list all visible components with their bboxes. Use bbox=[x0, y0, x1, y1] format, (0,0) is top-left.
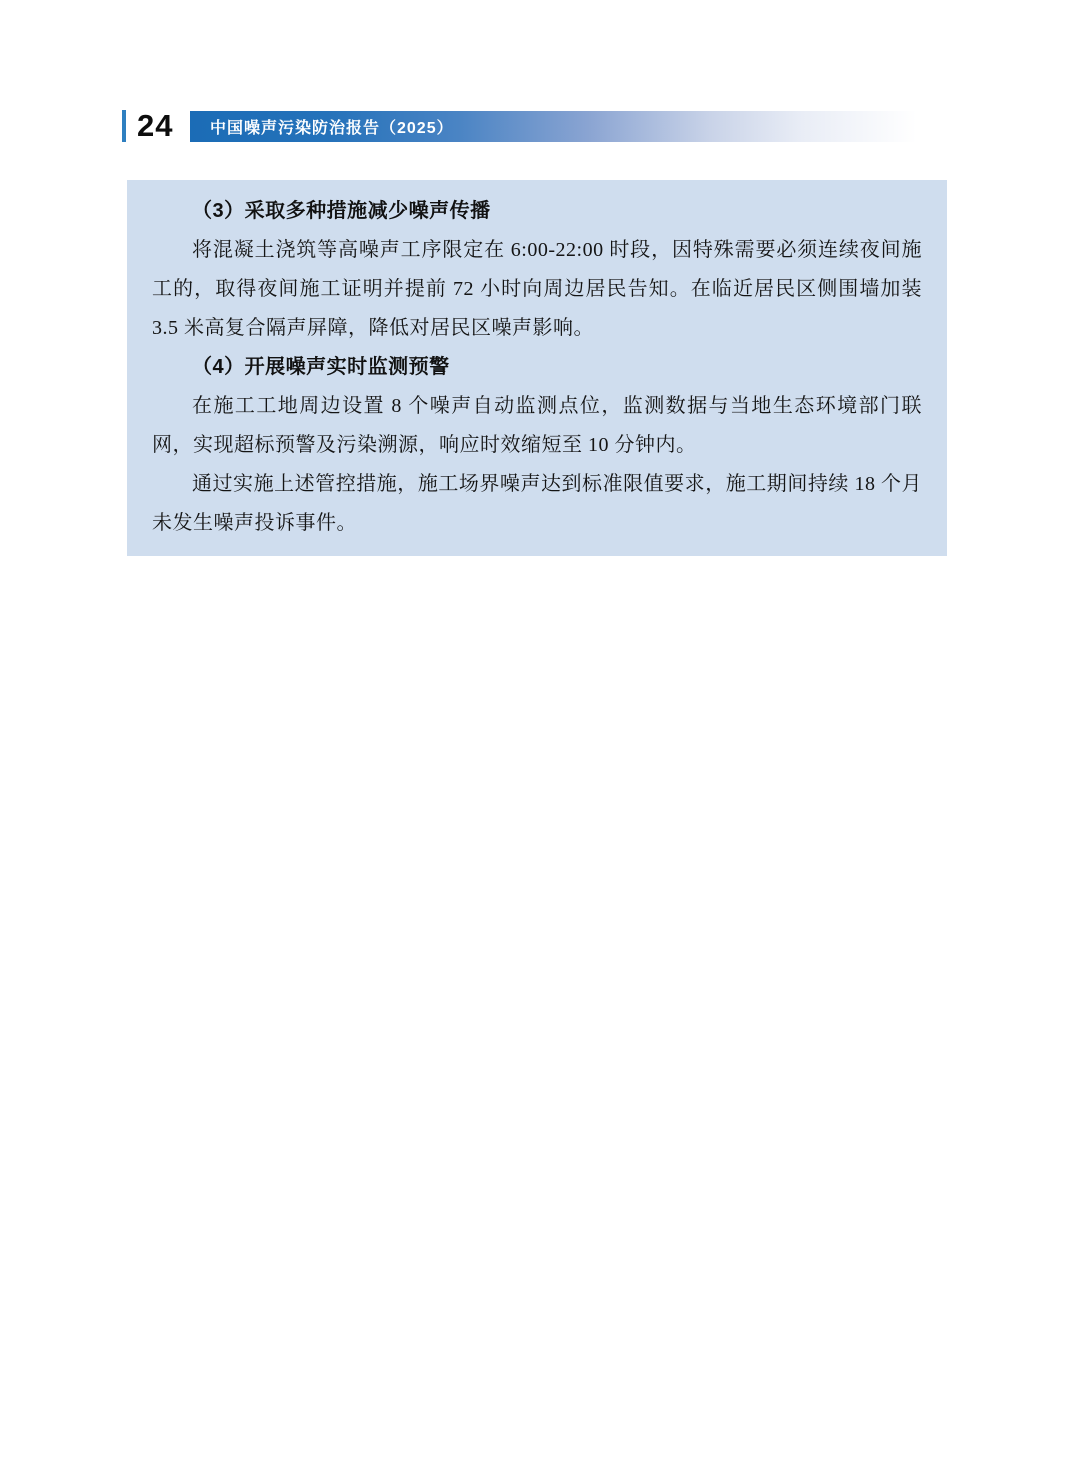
page-number: 24 bbox=[137, 108, 185, 144]
section-4-paragraph-1: 在施工工地周边设置 8 个噪声自动监测点位，监测数据与当地生态环境部门联网，实现… bbox=[152, 387, 922, 465]
section-heading-4: （4）开展噪声实时监测预警 bbox=[152, 348, 922, 387]
accent-bar bbox=[122, 110, 126, 142]
content-box: （3）采取多种措施减少噪声传播 将混凝土浇筑等高噪声工序限定在 6:00-22:… bbox=[127, 180, 947, 556]
report-title-banner: 中国噪声污染防治报告（2025） bbox=[190, 111, 955, 142]
section-3-paragraph: 将混凝土浇筑等高噪声工序限定在 6:00-22:00 时段，因特殊需要必须连续夜… bbox=[152, 231, 922, 348]
page-header: 24 中国噪声污染防治报告（2025） bbox=[0, 108, 1074, 144]
section-4-paragraph-2: 通过实施上述管控措施，施工场界噪声达到标准限值要求，施工期间持续 18 个月未发… bbox=[152, 465, 922, 543]
section-heading-3: （3）采取多种措施减少噪声传播 bbox=[152, 192, 922, 231]
report-title: 中国噪声污染防治报告（2025） bbox=[190, 115, 454, 138]
